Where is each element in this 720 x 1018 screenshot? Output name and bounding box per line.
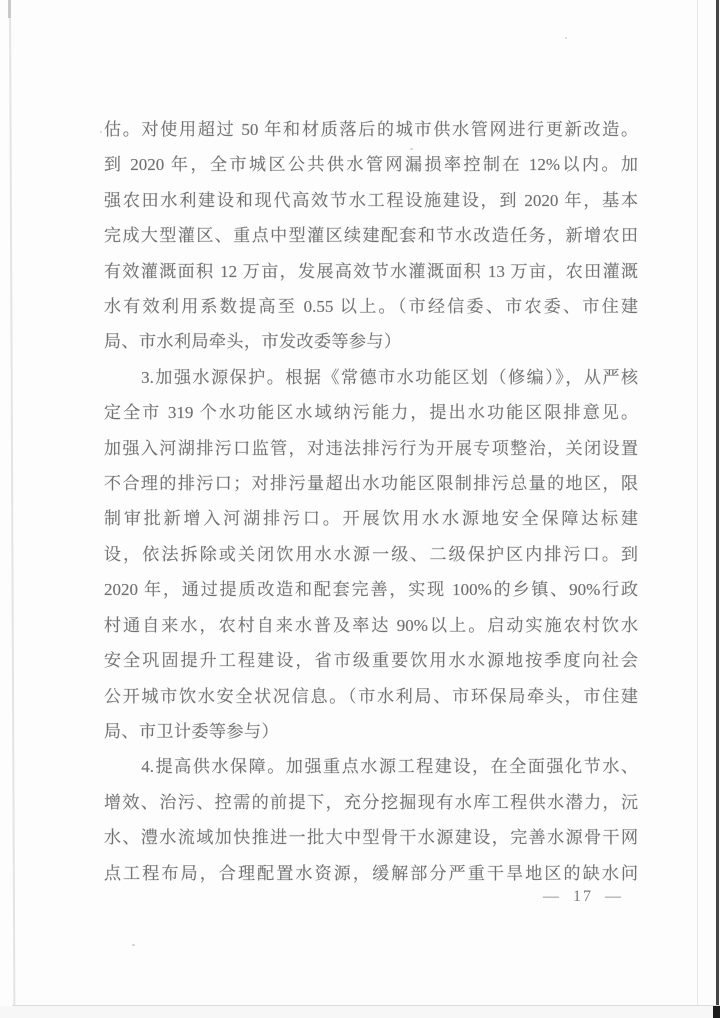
scan-dust-speck <box>100 131 102 133</box>
text-line: 水、澧水流域加快推进一批大中型骨干水源建设，完善水源骨干网 <box>104 820 638 855</box>
page-number: — 17 — <box>543 888 633 906</box>
scan-corner-mark <box>713 1006 720 1018</box>
scan-dust-speck <box>132 944 135 946</box>
text-line: 定全市 319 个水功能区水域纳污能力，提出水功能区限排意见。 <box>104 395 638 430</box>
scan-bottom-strip <box>0 1006 720 1018</box>
text-line: 到 2020 年，全市城区公共供水管网漏损率控制在 12%以内。加 <box>104 147 638 182</box>
text-line: 安全巩固提升工程建设，省市级重要饮用水水源地按季度向社会 <box>104 643 638 678</box>
text-line: 水有效利用系数提高至 0.55 以上。（市经信委、市农委、市住建 <box>104 289 638 324</box>
text-line: 不合理的排污口；对排污量超出水功能区限制排污总量的地区，限 <box>104 466 638 501</box>
text-line: 3.加强水源保护。根据《常德市水功能区划（修编）》，从严核 <box>104 360 638 395</box>
text-line: 加强入河湖排污口监管，对违法排污行为开展专项整治，关闭设置 <box>104 431 638 466</box>
text-line: 村通自来水，农村自来水普及率达 90%以上。启动实施农村饮水 <box>104 608 638 643</box>
text-line: 点工程布局，合理配置水资源，缓解部分严重干旱地区的缺水问 <box>104 856 638 891</box>
scan-paper-edge-left <box>9 0 15 1006</box>
text-line: 增效、治污、控需的前提下，充分挖掘现有水库工程供水潜力，沅 <box>104 785 638 820</box>
text-line: 公开城市饮水安全状况信息。（市水利局、市环保局牵头，市住建 <box>104 679 638 714</box>
text-line: 有效灌溉面积 12 万亩，发展高效节水灌溉面积 13 万亩，农田灌溉 <box>104 254 638 289</box>
text-line: 强农田水利建设和现代高效节水工程设施建设，到 2020 年，基本 <box>104 183 638 218</box>
scanned-document-page: 估。对使用超过 50 年和材质落后的城市供水管网进行更新改造。 到 2020 年… <box>0 0 720 1018</box>
text-line: 2020 年，通过提质改造和配套完善，实现 100%的乡镇、90%行政 <box>104 572 638 607</box>
scan-dust-speck <box>565 37 567 39</box>
scan-paper-edge-left-top <box>8 0 11 18</box>
document-text-block: 估。对使用超过 50 年和材质落后的城市供水管网进行更新改造。 到 2020 年… <box>104 112 638 891</box>
text-line: 设，依法拆除或关闭饮用水水源一级、二级保护区内排污口。到 <box>104 537 638 572</box>
text-line: 制审批新增入河湖排污口。开展饮用水水源地安全保障达标建 <box>104 501 638 536</box>
text-line: 4.提高供水保障。加强重点水源工程建设，在全面强化节水、 <box>104 749 638 784</box>
scan-paper-edge-right <box>697 0 698 1018</box>
text-line: 完成大型灌区、重点中型灌区续建配套和节水改造任务，新增农田 <box>104 218 638 253</box>
text-line: 估。对使用超过 50 年和材质落后的城市供水管网进行更新改造。 <box>104 112 638 147</box>
scan-paper-edge-bottom <box>12 1005 720 1006</box>
text-line: 局、市卫计委等参与） <box>104 714 638 749</box>
text-line: 局、市水利局牵头，市发改委等参与） <box>104 324 638 359</box>
scan-shadow-edge-right <box>716 0 719 1018</box>
